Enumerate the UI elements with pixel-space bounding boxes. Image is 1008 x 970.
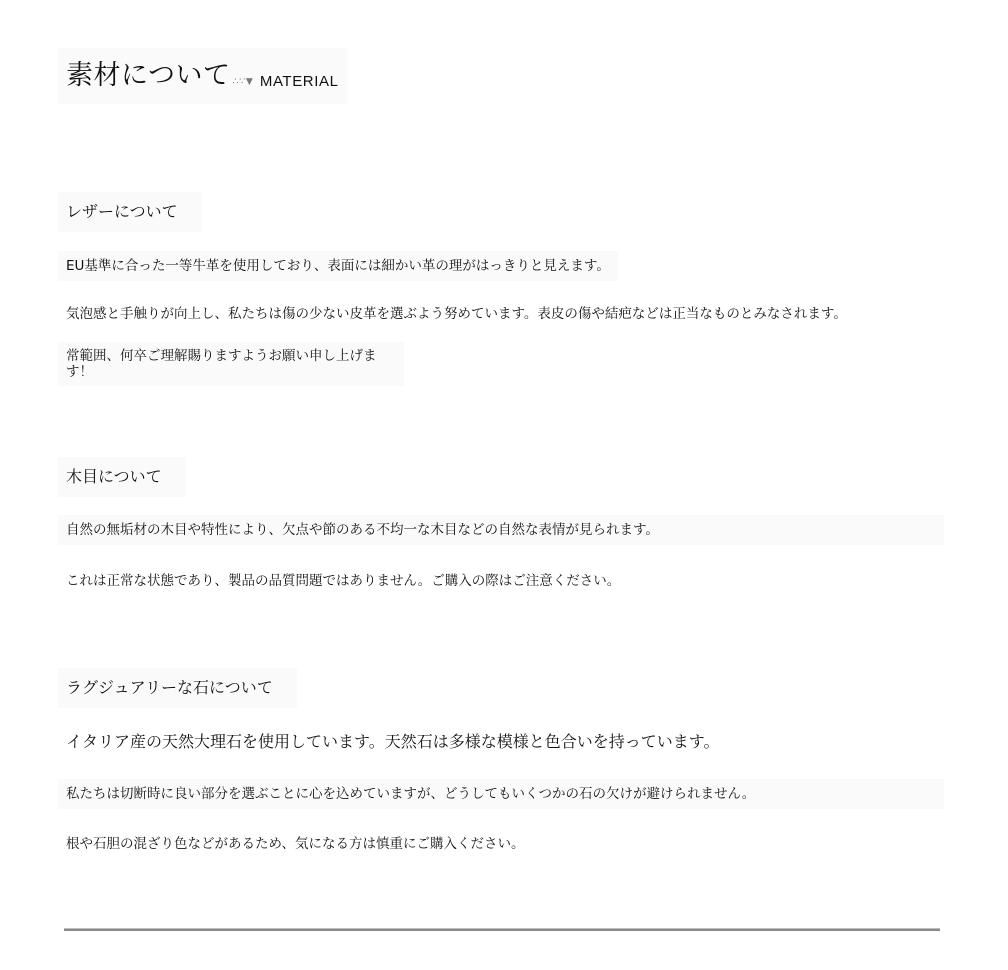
page-title: 素材について ∴∵▼ MATERIAL <box>58 48 347 104</box>
stone-paragraph-3: 根や石胆の混ざり色などがあるため、気になる方は慎重にご購入ください。 <box>58 829 532 859</box>
section-heading-leather: レザーについて <box>58 192 202 232</box>
section-heading-stone: ラグジュアリーな石について <box>58 668 297 708</box>
page-title-en: MATERIAL <box>260 60 339 104</box>
wood-paragraph-2: これは正常な状態であり、製品の品質問題ではありません。ご購入の際はご注意ください… <box>58 566 628 596</box>
page-title-jp: 素材について <box>66 48 230 104</box>
stone-paragraph-2: 私たちは切断時に良い部分を選ぶことに心を込めていますが、どうしてもいくつかの石の… <box>58 779 944 809</box>
leather-paragraph-2: 気泡感と手触りが向上し、私たちは傷の少ない皮革を選ぶよう努めています。表皮の傷や… <box>58 299 855 329</box>
stone-paragraph-1: イタリア産の天然大理石を使用しています。天然石は多様な模様と色合いを持っています… <box>58 726 727 758</box>
bottom-divider <box>64 928 940 931</box>
decorative-mark-icon: ∴∵▼ <box>232 60 253 104</box>
section-heading-wood: 木目について <box>58 457 186 497</box>
leather-paragraph-3: 常範囲、何卒ご理解賜りますようお願い申し上げます！ <box>58 342 404 386</box>
leather-paragraph-1: EU基準に合った一等牛革を使用しており、表面には細かい革の理がはっきりと見えます… <box>58 251 618 281</box>
wood-paragraph-1: 自然の無垢材の木目や特性により、欠点や節のある不均一な木目などの自然な表情が見ら… <box>58 515 944 545</box>
